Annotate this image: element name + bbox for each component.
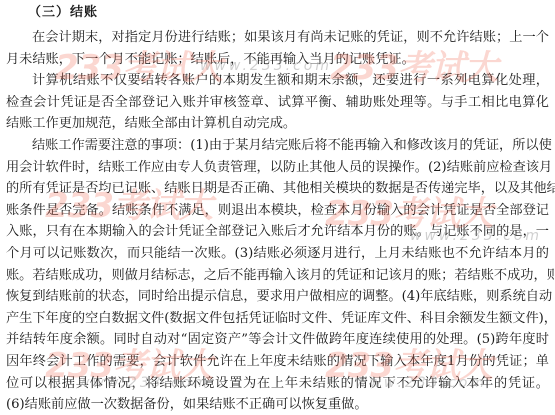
- paragraph-3-line-11: 因年终会计工作的需要，会计软件允许在上年度未结账的情况下输入本年度1月份的凭证；…: [6, 351, 549, 373]
- paragraph-3-line-3: 的所有凭证是否均已记账、结账日期是否正确、其他相关模块的数据是否传递完毕，以及其…: [6, 178, 549, 200]
- paragraph-3-line-9: 产生下年度的空白数据文件(数据文件包括凭证临时文件、凭证库文件、科目余额发生额文…: [6, 308, 549, 330]
- paragraph-3-line-10: 并结转年度余额。同时自动对“固定资产”等会计文件做跨年度连续使用的处理。(5)跨…: [6, 329, 549, 351]
- paragraph-2-line-2: 检查会计凭证是否全部登记入账并审核签章、试算平衡、辅助账处理等。与手工相比电算化: [6, 92, 549, 114]
- body-text: 在会计期末，对指定月份进行结账；如果该月有尚未记账的凭证，则不允许结账；上一个 …: [6, 27, 549, 415]
- paragraph-3-line-4: 账条件是否完备。结账条件不满足，则退出本模块，检查本月份输入的会计凭证是否全部登…: [6, 200, 549, 222]
- paragraph-2-line-1: 计算机结账不仅要结转各账户的本期发生额和期末余额，还要进行一系列电算化处理，: [6, 70, 549, 92]
- paragraph-2-line-3: 结账工作更加规范，结账全部由计算机自动完成。: [6, 113, 549, 135]
- paragraph-1-line-1: 在会计期末，对指定月份进行结账；如果该月有尚未记账的凭证，则不允许结账；上一个: [6, 27, 549, 49]
- paragraph-3-line-6: 个月可以记账数次，而只能结一次账。(3)结账必须逐月进行，上月未结账也不允许结本…: [6, 243, 549, 265]
- paragraph-3-line-7: 账。若结账成功，则做月结标志，之后不能再输入该月的凭证和记该月的账；若结账不成功…: [6, 265, 549, 287]
- paragraph-1-line-2: 月未结账，下一个月不能记账；结账后，不能再输入当月的记账凭证。: [6, 49, 549, 71]
- paragraph-3-line-13: (6)结账前应做一次数据备份，如果结账不正确可以恢复重做。: [6, 394, 549, 415]
- paragraph-3-line-12: 位可以根据具体情况，将结账环境设置为在上年未结账的情况下不允许输入本年的凭证。: [6, 373, 549, 395]
- document-page: （三）结账 在会计期末，对指定月份进行结账；如果该月有尚未记账的凭证，则不允许结…: [0, 0, 555, 415]
- paragraph-3-line-8: 恢复到结账前的状态，同时给出提示信息，要求用户做相应的调整。(4)年底结账，则系…: [6, 286, 549, 308]
- paragraph-3-line-5: 入账，只有在本期输入的会计凭证全部登记入账后才允许结本月份的账。与记账不同的是，…: [6, 221, 549, 243]
- paragraph-3-line-1: 结账工作需要注意的事项：(1)由于某月结完账后将不能再输入和修改该月的凭证，所以…: [6, 135, 549, 157]
- section-title: （三）结账: [28, 4, 98, 22]
- paragraph-3-line-2: 用会计软件时，结账工作应由专人负责管理，以防止其他人员的误操作。(2)结账前应检…: [6, 157, 549, 179]
